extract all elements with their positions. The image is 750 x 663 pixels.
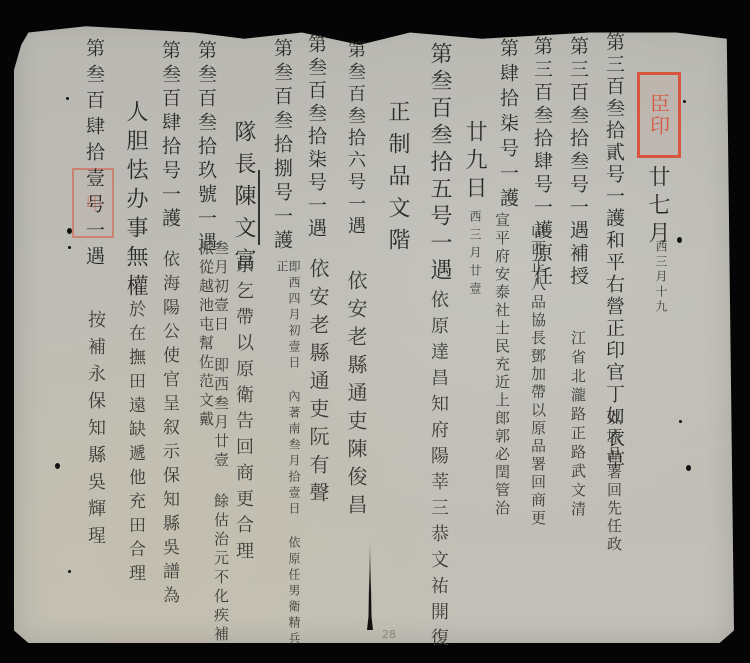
ink-dot	[68, 246, 71, 249]
page-number: 28	[382, 628, 396, 641]
entry-column-340-note: 依海陽公使官呈叙示保知縣吳譜為	[160, 250, 177, 610]
entry-column-333-main: 第三百叁拾叁号一遇補授	[568, 36, 587, 289]
entry-column-335-main: 第叁百叁拾五号一遇	[428, 42, 450, 285]
rank-column: 正制品文階	[386, 100, 408, 260]
manuscript-page	[14, 20, 734, 643]
ink-dot	[683, 100, 686, 103]
entry-column-334-note: 山西正八品協長鄧加帶以原品署回商更	[530, 222, 545, 528]
entry-column-332-note: 以原品署回先任政	[606, 410, 621, 554]
date-29-note: 西三月廿壹	[469, 210, 481, 300]
entry-column-337-main: 第叁百叁拾柒号一遇	[306, 34, 325, 241]
red-seal-top-right: 臣印	[637, 72, 681, 158]
ink-dot	[68, 570, 71, 573]
entry-column-335-note: 依原達昌知府陽莘三恭文祐開復	[429, 290, 447, 654]
binding-hole	[67, 228, 72, 234]
entry-column-339-main: 第叁百叁拾玖號一遇	[196, 40, 215, 256]
binding-hole	[55, 463, 60, 469]
entry-column-332-main: 第三百叁拾貳号一護和平右營正印官丁如衣草	[604, 32, 623, 472]
entry-column-336-main: 第叁百叁拾六号一遇	[346, 40, 364, 238]
ink-dot	[679, 420, 682, 423]
entry-column-347-note: 宣平府安泰社士民充近上郎郭必閏管治	[494, 212, 509, 518]
entry-column-337-note: 依安老縣通吏阮有聲	[308, 258, 328, 510]
entry-column-338-note: 即西四月初壹日 內著南叁月拾壹日 依原任男衛精兵正	[276, 260, 300, 663]
date-column-note: 西三月十九	[655, 240, 667, 315]
entry-column-341-main: 第叁百肆拾壹号一遇	[84, 38, 103, 272]
remark-column-main: 人胆怯办事無權	[124, 100, 146, 303]
date-29-main: 廿九日	[463, 120, 485, 204]
bracket-line	[258, 170, 260, 245]
entry-column-captain-note: 京乞帶以原衛告回商更合理	[234, 255, 252, 567]
entry-column-339-note: 叁月初壹日 即西叁月廿壹 餘估治元不化疾補派從越池屯幫佐范文戴	[198, 240, 228, 663]
date-column-main: 廿七月	[646, 165, 668, 249]
entry-column-340-main: 第叁百肆拾号一護	[160, 40, 179, 232]
entry-column-338-main: 第叁百叁拾捌号一護	[272, 38, 291, 254]
binding-hole	[677, 237, 682, 243]
entry-column-347-main: 第肆拾柒号一護	[498, 38, 517, 213]
ink-dot	[66, 97, 69, 100]
entry-column-333-note: 江省北瀧路正路武文清	[570, 330, 585, 520]
binding-hole	[686, 465, 691, 471]
entry-column-341-note: 按補永保知縣吳輝瑆	[86, 310, 104, 553]
remark-column-note: 於在撫田遠缺遞他充田合理	[126, 300, 143, 588]
entry-column-336-note: 依安老縣通吏陳俊昌	[346, 270, 366, 522]
